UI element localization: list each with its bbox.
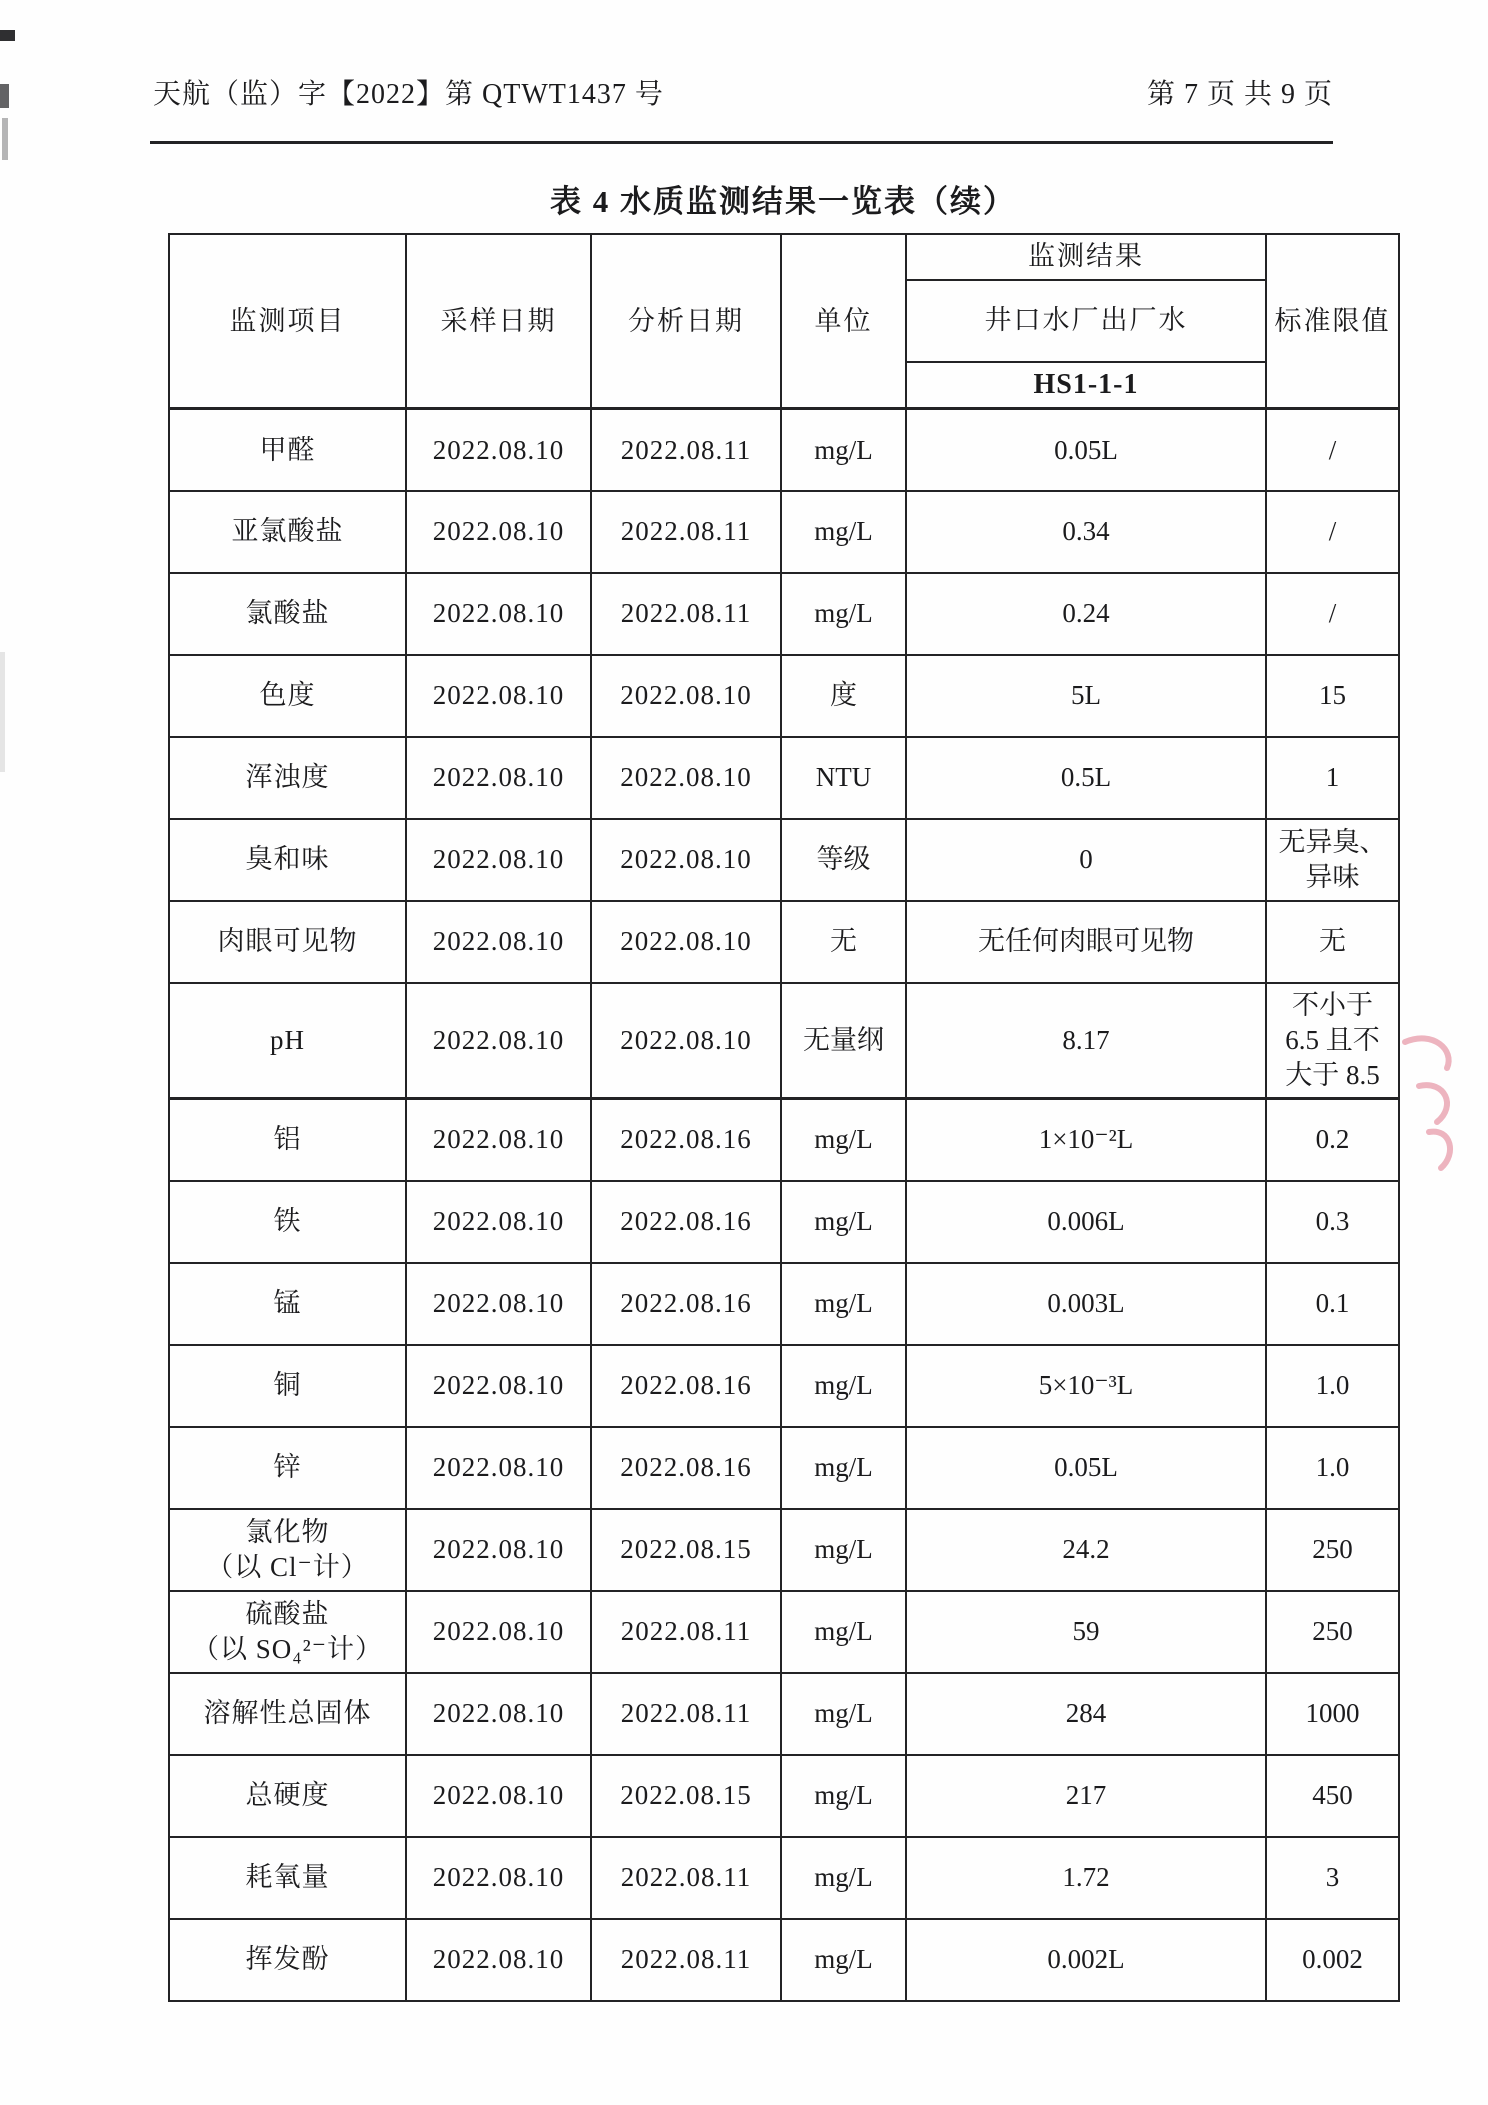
cell-item: 挥发酚 — [169, 1919, 406, 2001]
cell-result: 1×10⁻²L — [906, 1099, 1266, 1181]
table-row: 锰 2022.08.10 2022.08.16 mg/L 0.003L 0.1 — [169, 1263, 1399, 1345]
table-body: 甲醛 2022.08.10 2022.08.11 mg/L 0.05L / 亚氯… — [169, 409, 1399, 2001]
cell-result: 284 — [906, 1673, 1266, 1755]
table-row: 铝 2022.08.10 2022.08.16 mg/L 1×10⁻²L 0.2 — [169, 1099, 1399, 1181]
item-label: pH — [176, 1023, 399, 1058]
cell-unit: mg/L — [781, 1837, 906, 1919]
cell-unit: mg/L — [781, 409, 906, 491]
document-page: 天航（监）字【2022】第 QTWT1437 号 第 7 页 共 9 页 表 4… — [0, 0, 1488, 2105]
cell-analysis-date: 2022.08.10 — [591, 819, 781, 901]
col-header-unit: 单位 — [781, 234, 906, 409]
scan-artifact — [0, 30, 15, 41]
table-row: pH 2022.08.10 2022.08.10 无量纲 8.17 不小于 6.… — [169, 983, 1399, 1099]
cell-item: 锌 — [169, 1427, 406, 1509]
red-stamp-fragment — [1393, 1028, 1463, 1178]
doc-number: 天航（监）字【2022】第 QTWT1437 号 — [153, 72, 664, 112]
item-label: 铁 — [176, 1204, 399, 1239]
cell-standard-limit: 0.002 — [1266, 1919, 1399, 2001]
cell-result: 0.5L — [906, 737, 1266, 819]
cell-result: 8.17 — [906, 983, 1266, 1099]
col-header-result-group: 监测结果 — [906, 234, 1266, 280]
cell-unit: 等级 — [781, 819, 906, 901]
table-row: 臭和味 2022.08.10 2022.08.10 等级 0 无异臭、异味 — [169, 819, 1399, 901]
table-row: 肉眼可见物 2022.08.10 2022.08.10 无 无任何肉眼可见物 无 — [169, 901, 1399, 983]
item-label: 氯化物 — [176, 1515, 399, 1550]
cell-unit: mg/L — [781, 1263, 906, 1345]
cell-analysis-date: 2022.08.16 — [591, 1263, 781, 1345]
item-sublabel: （以 Cl⁻计） — [176, 1550, 399, 1585]
table-row: 总硬度 2022.08.10 2022.08.15 mg/L 217 450 — [169, 1755, 1399, 1837]
cell-sampling-date: 2022.08.10 — [406, 819, 591, 901]
cell-item: 总硬度 — [169, 1755, 406, 1837]
cell-unit: mg/L — [781, 491, 906, 573]
cell-result: 0.05L — [906, 409, 1266, 491]
cell-unit: mg/L — [781, 573, 906, 655]
col-header-result-site: HS1-1-1 — [906, 362, 1266, 409]
cell-unit: mg/L — [781, 1345, 906, 1427]
cell-standard-limit: 250 — [1266, 1591, 1399, 1673]
item-label: 耗氧量 — [176, 1860, 399, 1895]
cell-unit: mg/L — [781, 1755, 906, 1837]
page-indicator: 第 7 页 共 9 页 — [1147, 72, 1333, 112]
cell-standard-limit: 0.1 — [1266, 1263, 1399, 1345]
item-label: 浑浊度 — [176, 760, 399, 795]
table-row: 甲醛 2022.08.10 2022.08.11 mg/L 0.05L / — [169, 409, 1399, 491]
cell-result: 0.006L — [906, 1181, 1266, 1263]
item-label: 溶解性总固体 — [176, 1696, 399, 1731]
cell-item: 氯酸盐 — [169, 573, 406, 655]
cell-standard-limit: 0.3 — [1266, 1181, 1399, 1263]
cell-analysis-date: 2022.08.11 — [591, 1919, 781, 2001]
item-label: 锌 — [176, 1450, 399, 1485]
cell-unit: mg/L — [781, 1099, 906, 1181]
cell-item: 臭和味 — [169, 819, 406, 901]
cell-analysis-date: 2022.08.15 — [591, 1755, 781, 1837]
table-title: 表 4 水质监测结果一览表（续） — [168, 176, 1398, 221]
cell-result: 0.24 — [906, 573, 1266, 655]
cell-result: 0.34 — [906, 491, 1266, 573]
cell-unit: mg/L — [781, 1919, 906, 2001]
table-row: 浑浊度 2022.08.10 2022.08.10 NTU 0.5L 1 — [169, 737, 1399, 819]
cell-analysis-date: 2022.08.10 — [591, 983, 781, 1099]
table-row: 硫酸盐 （以 SO₄²⁻计） 2022.08.10 2022.08.11 mg/… — [169, 1591, 1399, 1673]
cell-item: 甲醛 — [169, 409, 406, 491]
table-row: 氯酸盐 2022.08.10 2022.08.11 mg/L 0.24 / — [169, 573, 1399, 655]
cell-result: 24.2 — [906, 1509, 1266, 1591]
cell-standard-limit: 1 — [1266, 737, 1399, 819]
cell-analysis-date: 2022.08.10 — [591, 655, 781, 737]
cell-standard-limit: 1000 — [1266, 1673, 1399, 1755]
item-label: 总硬度 — [176, 1778, 399, 1813]
cell-standard-limit: / — [1266, 573, 1399, 655]
cell-result: 5×10⁻³L — [906, 1345, 1266, 1427]
cell-standard-limit: 3 — [1266, 1837, 1399, 1919]
table-row: 溶解性总固体 2022.08.10 2022.08.11 mg/L 284 10… — [169, 1673, 1399, 1755]
cell-sampling-date: 2022.08.10 — [406, 1345, 591, 1427]
cell-unit: mg/L — [781, 1591, 906, 1673]
table-row: 挥发酚 2022.08.10 2022.08.11 mg/L 0.002L 0.… — [169, 1919, 1399, 2001]
cell-sampling-date: 2022.08.10 — [406, 1427, 591, 1509]
cell-standard-limit: 250 — [1266, 1509, 1399, 1591]
item-label: 色度 — [176, 678, 399, 713]
scan-artifact — [0, 84, 9, 108]
cell-sampling-date: 2022.08.10 — [406, 1919, 591, 2001]
col-header-standard-limit: 标准限值 — [1266, 234, 1399, 409]
scan-artifact — [0, 652, 5, 772]
cell-analysis-date: 2022.08.11 — [591, 1673, 781, 1755]
cell-item: 肉眼可见物 — [169, 901, 406, 983]
table-row: 铁 2022.08.10 2022.08.16 mg/L 0.006L 0.3 — [169, 1181, 1399, 1263]
cell-analysis-date: 2022.08.16 — [591, 1345, 781, 1427]
cell-standard-limit: / — [1266, 491, 1399, 573]
cell-standard-limit: 无异臭、异味 — [1266, 819, 1399, 901]
table-row: 氯化物 （以 Cl⁻计） 2022.08.10 2022.08.15 mg/L … — [169, 1509, 1399, 1591]
cell-unit: NTU — [781, 737, 906, 819]
scan-artifact — [2, 118, 8, 160]
cell-analysis-date: 2022.08.10 — [591, 901, 781, 983]
cell-analysis-date: 2022.08.10 — [591, 737, 781, 819]
cell-unit: 度 — [781, 655, 906, 737]
cell-result: 217 — [906, 1755, 1266, 1837]
cell-result: 0.002L — [906, 1919, 1266, 2001]
page-header: 天航（监）字【2022】第 QTWT1437 号 第 7 页 共 9 页 — [153, 72, 1333, 112]
cell-analysis-date: 2022.08.16 — [591, 1099, 781, 1181]
table-row: 锌 2022.08.10 2022.08.16 mg/L 0.05L 1.0 — [169, 1427, 1399, 1509]
item-label: 肉眼可见物 — [176, 924, 399, 959]
cell-item: 浑浊度 — [169, 737, 406, 819]
item-label: 臭和味 — [176, 842, 399, 877]
cell-sampling-date: 2022.08.10 — [406, 1263, 591, 1345]
cell-item: pH — [169, 983, 406, 1099]
header-divider — [150, 141, 1333, 144]
cell-unit: mg/L — [781, 1673, 906, 1755]
cell-analysis-date: 2022.08.11 — [591, 573, 781, 655]
item-label: 铜 — [176, 1368, 399, 1403]
cell-analysis-date: 2022.08.11 — [591, 1591, 781, 1673]
cell-sampling-date: 2022.08.10 — [406, 491, 591, 573]
cell-item: 锰 — [169, 1263, 406, 1345]
cell-item: 溶解性总固体 — [169, 1673, 406, 1755]
table-row: 铜 2022.08.10 2022.08.16 mg/L 5×10⁻³L 1.0 — [169, 1345, 1399, 1427]
item-label: 亚氯酸盐 — [176, 514, 399, 549]
cell-standard-limit: / — [1266, 409, 1399, 491]
cell-sampling-date: 2022.08.10 — [406, 409, 591, 491]
cell-item: 硫酸盐 （以 SO₄²⁻计） — [169, 1591, 406, 1673]
item-label: 锰 — [176, 1286, 399, 1321]
cell-result: 1.72 — [906, 1837, 1266, 1919]
col-header-result-source: 井口水厂出厂水 — [906, 280, 1266, 362]
cell-result: 0.05L — [906, 1427, 1266, 1509]
cell-sampling-date: 2022.08.10 — [406, 573, 591, 655]
cell-item: 铜 — [169, 1345, 406, 1427]
cell-unit: mg/L — [781, 1509, 906, 1591]
cell-standard-limit: 无 — [1266, 901, 1399, 983]
item-label: 甲醛 — [176, 433, 399, 468]
cell-sampling-date: 2022.08.10 — [406, 1837, 591, 1919]
cell-sampling-date: 2022.08.10 — [406, 1099, 591, 1181]
cell-standard-limit: 450 — [1266, 1755, 1399, 1837]
table-header: 监测项目 采样日期 分析日期 单位 监测结果 标准限值 井口水厂出厂水 HS1-… — [169, 234, 1399, 409]
item-label: 铝 — [176, 1122, 399, 1157]
cell-item: 耗氧量 — [169, 1837, 406, 1919]
cell-sampling-date: 2022.08.10 — [406, 1591, 591, 1673]
cell-standard-limit: 1.0 — [1266, 1345, 1399, 1427]
cell-sampling-date: 2022.08.10 — [406, 655, 591, 737]
item-sublabel: （以 SO₄²⁻计） — [176, 1632, 399, 1667]
cell-analysis-date: 2022.08.11 — [591, 409, 781, 491]
cell-analysis-date: 2022.08.15 — [591, 1509, 781, 1591]
cell-item: 亚氯酸盐 — [169, 491, 406, 573]
cell-sampling-date: 2022.08.10 — [406, 983, 591, 1099]
cell-sampling-date: 2022.08.10 — [406, 1181, 591, 1263]
cell-analysis-date: 2022.08.11 — [591, 1837, 781, 1919]
item-label: 硫酸盐 — [176, 1597, 399, 1632]
cell-item: 铁 — [169, 1181, 406, 1263]
item-label: 挥发酚 — [176, 1942, 399, 1977]
cell-sampling-date: 2022.08.10 — [406, 1673, 591, 1755]
col-header-analysis-date: 分析日期 — [591, 234, 781, 409]
table-row: 耗氧量 2022.08.10 2022.08.11 mg/L 1.72 3 — [169, 1837, 1399, 1919]
water-quality-table: 监测项目 采样日期 分析日期 单位 监测结果 标准限值 井口水厂出厂水 HS1-… — [168, 233, 1400, 2002]
cell-unit: 无量纲 — [781, 983, 906, 1099]
cell-result: 5L — [906, 655, 1266, 737]
col-header-item: 监测项目 — [169, 234, 406, 409]
table-row: 亚氯酸盐 2022.08.10 2022.08.11 mg/L 0.34 / — [169, 491, 1399, 573]
cell-item: 氯化物 （以 Cl⁻计） — [169, 1509, 406, 1591]
cell-result: 59 — [906, 1591, 1266, 1673]
cell-standard-limit: 0.2 — [1266, 1099, 1399, 1181]
cell-item: 色度 — [169, 655, 406, 737]
cell-standard-limit: 15 — [1266, 655, 1399, 737]
item-label: 氯酸盐 — [176, 596, 399, 631]
cell-analysis-date: 2022.08.16 — [591, 1427, 781, 1509]
cell-sampling-date: 2022.08.10 — [406, 901, 591, 983]
cell-item: 铝 — [169, 1099, 406, 1181]
cell-analysis-date: 2022.08.16 — [591, 1181, 781, 1263]
cell-unit: mg/L — [781, 1181, 906, 1263]
cell-standard-limit: 不小于 6.5 且不大于 8.5 — [1266, 983, 1399, 1099]
cell-sampling-date: 2022.08.10 — [406, 737, 591, 819]
cell-result: 无任何肉眼可见物 — [906, 901, 1266, 983]
cell-unit: 无 — [781, 901, 906, 983]
cell-sampling-date: 2022.08.10 — [406, 1755, 591, 1837]
cell-sampling-date: 2022.08.10 — [406, 1509, 591, 1591]
cell-analysis-date: 2022.08.11 — [591, 491, 781, 573]
table-row: 色度 2022.08.10 2022.08.10 度 5L 15 — [169, 655, 1399, 737]
cell-result: 0 — [906, 819, 1266, 901]
col-header-sampling-date: 采样日期 — [406, 234, 591, 409]
cell-result: 0.003L — [906, 1263, 1266, 1345]
cell-standard-limit: 1.0 — [1266, 1427, 1399, 1509]
cell-unit: mg/L — [781, 1427, 906, 1509]
